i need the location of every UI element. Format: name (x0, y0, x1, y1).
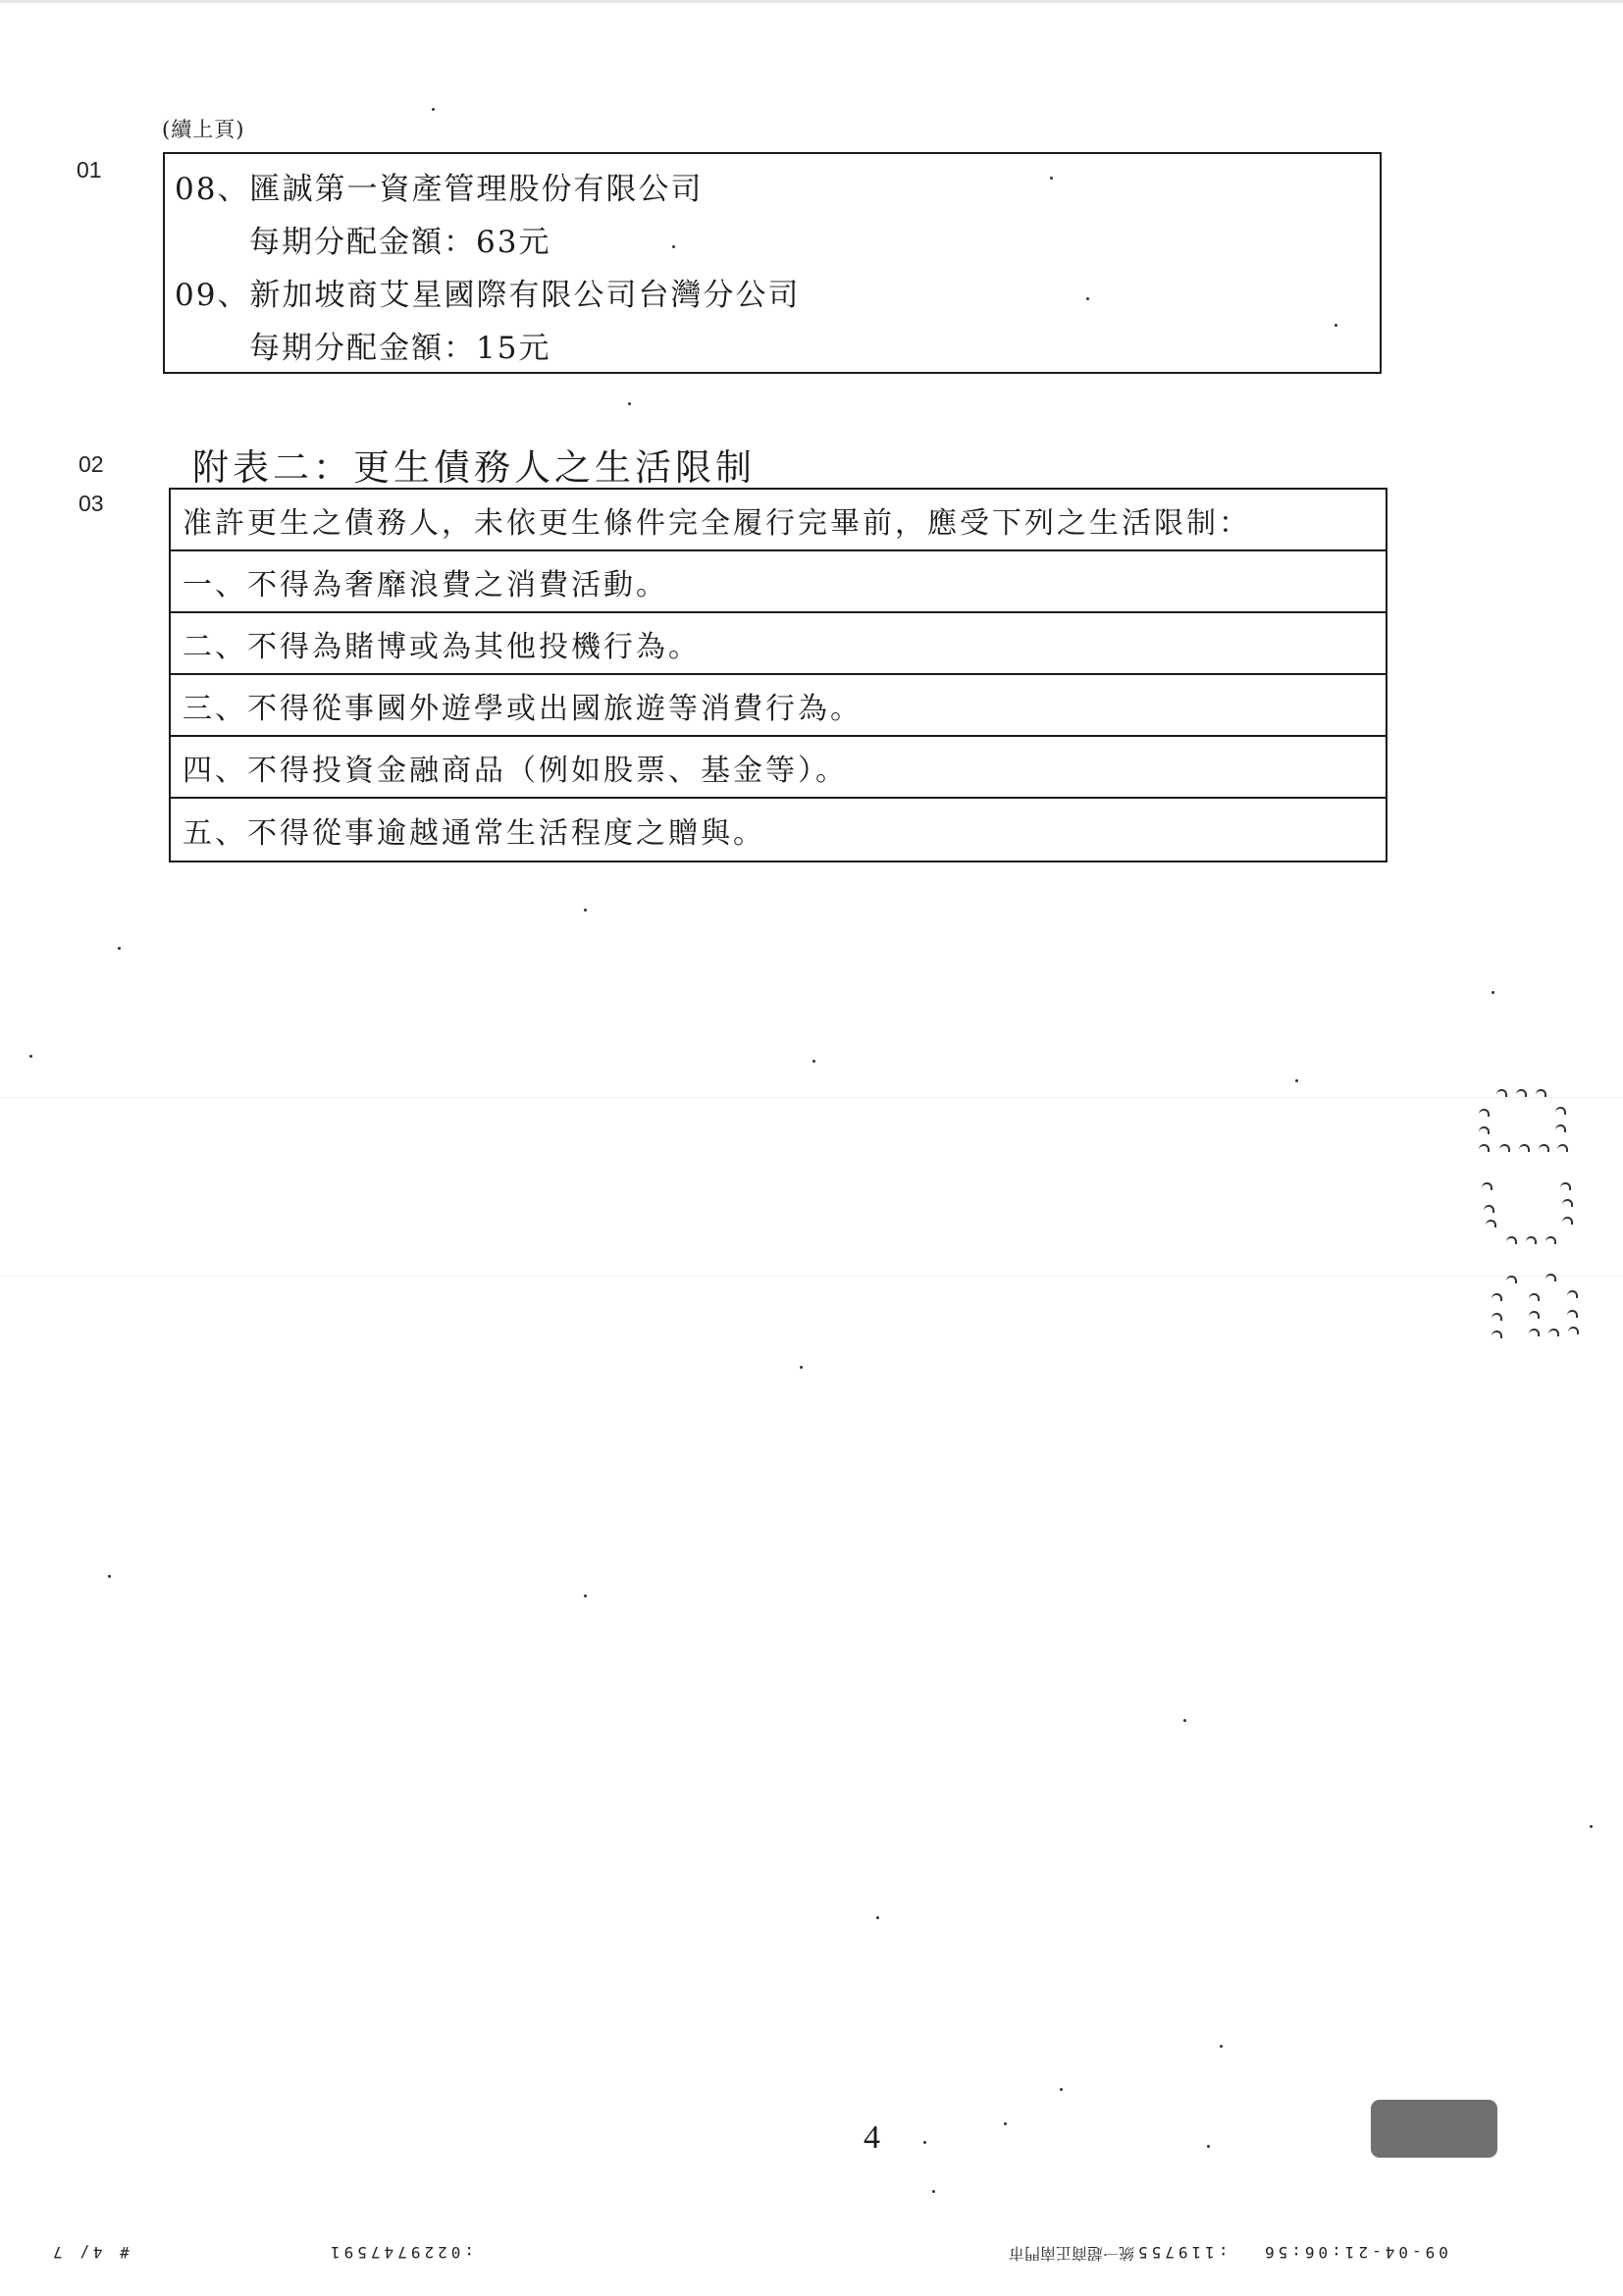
appendix-2-title: 附表二：更生債務人之生活限制 (192, 438, 756, 491)
creditor-09-amount: 每期分配金額：15元 (249, 323, 550, 367)
fax-page-counter: # 4/ 7 (49, 2243, 130, 2262)
creditor-08-name: 08、匯誠第一資產管理股份有限公司 (175, 164, 703, 208)
continued-from-previous-page-label: (續上頁) (162, 114, 244, 143)
scan-bleed-line (0, 1276, 1623, 1277)
page-number: 4 (864, 2119, 880, 2157)
line-number-01: 01 (77, 157, 102, 183)
restriction-row-4: 四、不得投資金融商品（例如股票、基金等）。 (171, 737, 1386, 799)
creditor-distribution-box: 08、匯誠第一資產管理股份有限公司 每期分配金額：63元 09、新加坡商艾星國際… (163, 152, 1382, 374)
fax-number: :0229747591 (327, 2243, 474, 2262)
creditor-08-amount: 每期分配金額：63元 (249, 217, 550, 261)
line-number-03: 03 (79, 491, 104, 517)
restriction-row-5: 五、不得從事逾越通常生活程度之贈與。 (171, 799, 1386, 861)
scan-bleed-line (0, 1097, 1623, 1098)
living-restrictions-table: 准許更生之債務人，未依更生條件完全履行完畢前，應受下列之生活限制： 一、不得為奢… (169, 488, 1387, 862)
fax-store-code: :119755 (1134, 2243, 1228, 2262)
redaction-box (1371, 2100, 1497, 2158)
restriction-row-1: 一、不得為奢靡浪費之消費活動。 (171, 551, 1386, 613)
fax-timestamp: 09-04-21:06:56 (1261, 2243, 1448, 2262)
scan-top-edge (0, 0, 1623, 3)
line-number-02: 02 (79, 451, 104, 478)
restriction-row-3: 三、不得從事國外遊學或出國旅遊等消費行為。 (171, 675, 1386, 737)
fax-sender: 統一超商正南門市 (1009, 2243, 1134, 2266)
restriction-row-2: 二、不得為賭博或為其他投機行為。 (171, 613, 1386, 675)
creditor-09-name: 09、新加坡商艾星國際有限公司台灣分公司 (175, 270, 800, 314)
restrictions-intro-row: 准許更生之債務人，未依更生條件完全履行完畢前，應受下列之生活限制： (171, 490, 1386, 551)
